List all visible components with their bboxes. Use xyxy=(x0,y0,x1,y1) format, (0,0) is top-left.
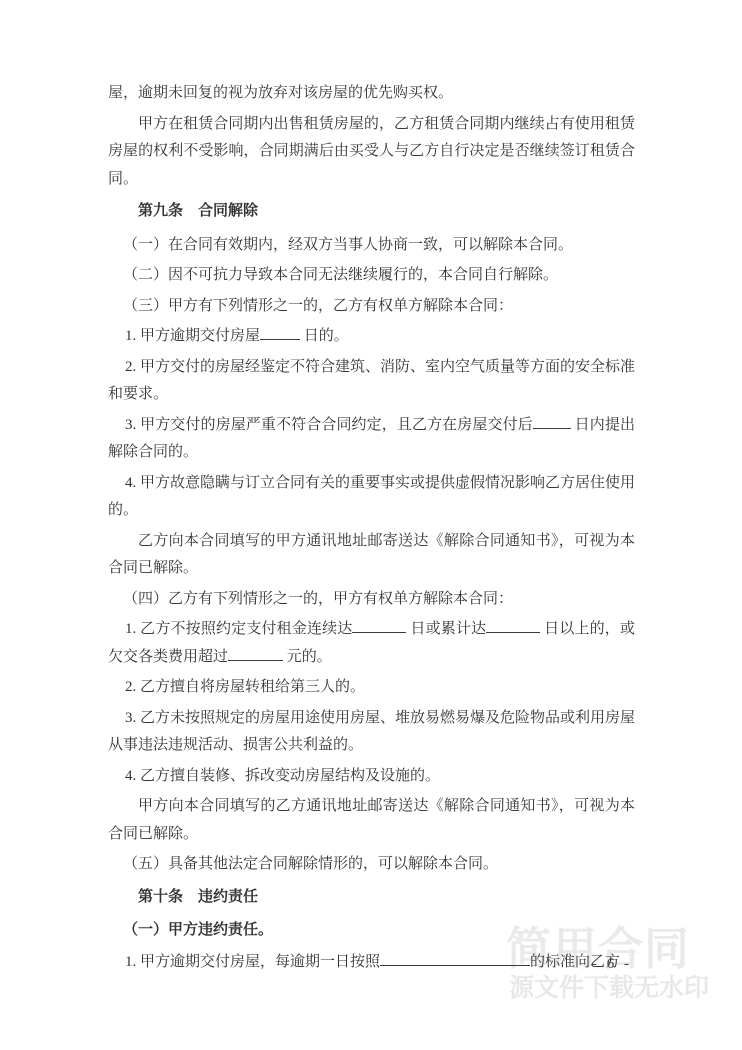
paragraph: 4. 甲方故意隐瞒与订立合同有关的重要事实或提供虚假情况影响乙方居住使用的。 xyxy=(108,470,635,525)
document-body: 屋，逾期未回复的视为放弃对该房屋的优先购买权。甲方在租赁合同期内出售租赁房屋的，… xyxy=(108,80,635,979)
section-heading: （一）甲方违约责任。 xyxy=(108,917,635,945)
page-number: - 6 - xyxy=(0,956,632,973)
paragraph: （三）甲方有下列情形之一的，乙方有权单方解除本合同： xyxy=(108,293,635,321)
paragraph: （一）在合同有效期内，经双方当事人协商一致，可以解除本合同。 xyxy=(108,232,635,260)
contract-page: 简用合同 源文件下载无水印 屋，逾期未回复的视为放弃对该房屋的优先购买权。甲方在… xyxy=(0,0,742,1050)
section-heading: 第九条 合同解除 xyxy=(108,198,635,226)
paragraph: 甲方在租赁合同期内出售租赁房屋的，乙方租赁合同期内继续占有使用租赁房屋的权利不受… xyxy=(108,111,635,194)
paragraph: 3. 乙方未按照规定的房屋用途使用房屋、堆放易燃易爆及危险物品或利用房屋从事违法… xyxy=(108,705,635,760)
blank-field xyxy=(260,326,300,340)
paragraph: 1. 乙方不按照约定支付租金连续达 日或累计达 日以上的，或欠交各类费用超过 元… xyxy=(108,616,635,671)
paragraph: （二）因不可抗力导致本合同无法继续履行的，本合同自行解除。 xyxy=(108,262,635,290)
blank-field xyxy=(533,415,571,429)
paragraph: （四）乙方有下列情形之一的，甲方有权单方解除本合同： xyxy=(108,586,635,614)
blank-field xyxy=(486,619,540,633)
blank-field xyxy=(352,619,406,633)
section-heading: 第十条 违约责任 xyxy=(108,884,635,912)
blank-field xyxy=(228,647,283,661)
paragraph: 乙方向本合同填写的甲方通讯地址邮寄送达《解除合同通知书》，可视为本合同已解除。 xyxy=(108,528,635,583)
paragraph: （五）具备其他法定合同解除情形的，可以解除本合同。 xyxy=(108,851,635,879)
paragraph: 2. 乙方擅自将房屋转租给第三人的。 xyxy=(108,674,635,702)
paragraph: 甲方向本合同填写的乙方通讯地址邮寄送达《解除合同通知书》，可视为本合同已解除。 xyxy=(108,793,635,848)
paragraph: 2. 甲方交付的房屋经鉴定不符合建筑、消防、室内空气质量等方面的安全标准和要求。 xyxy=(108,354,635,409)
paragraph: 3. 甲方交付的房屋严重不符合合同约定，且乙方在房屋交付后 日内提出解除合同的。 xyxy=(108,412,635,467)
paragraph: 1. 甲方逾期交付房屋 日的。 xyxy=(108,323,635,351)
paragraph: 4. 乙方擅自装修、拆改变动房屋结构及设施的。 xyxy=(108,763,635,791)
paragraph: 屋，逾期未回复的视为放弃对该房屋的优先购买权。 xyxy=(108,80,635,108)
